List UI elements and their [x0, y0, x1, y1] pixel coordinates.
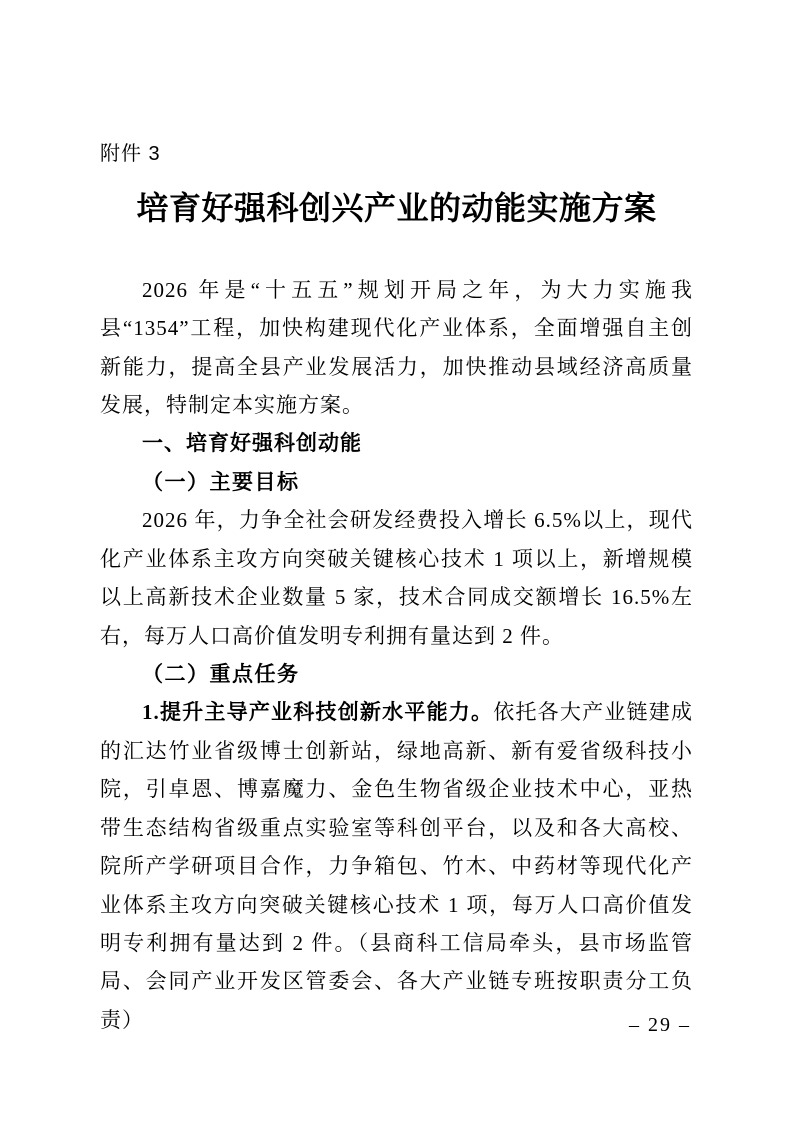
subsection-goal-heading: （一）主要目标: [100, 463, 693, 501]
subsection-tasks-heading: （二）重点任务: [100, 655, 693, 693]
document-page: 附件 3 培育好强科创兴产业的动能实施方案 2026 年是“十五五”规划开局之年…: [0, 0, 793, 1122]
task-1-lead: 1.提升主导产业科技创新水平能力。: [142, 700, 493, 724]
page-number: – 29 –: [629, 1014, 691, 1037]
document-content: 附件 3 培育好强科创兴产业的动能实施方案 2026 年是“十五五”规划开局之年…: [100, 140, 693, 1039]
goal-paragraph: 2026 年，力争全社会研发经费投入增长 6.5%以上，现代化产业体系主攻方向突…: [100, 501, 693, 655]
section-1-heading: 一、培育好强科创动能: [100, 425, 693, 463]
document-title: 培育好强科创兴产业的动能实施方案: [100, 186, 693, 230]
attachment-label: 附件 3: [100, 140, 693, 168]
task-1-paragraph: 1.提升主导产业科技创新水平能力。依托各大产业链建成的汇达竹业省级博士创新站，绿…: [100, 693, 693, 1039]
task-1-text: 依托各大产业链建成的汇达竹业省级博士创新站，绿地高新、新有爱省级科技小院，引卓恩…: [100, 700, 693, 1031]
intro-paragraph: 2026 年是“十五五”规划开局之年，为大力实施我县“1354”工程，加快构建现…: [100, 271, 693, 425]
